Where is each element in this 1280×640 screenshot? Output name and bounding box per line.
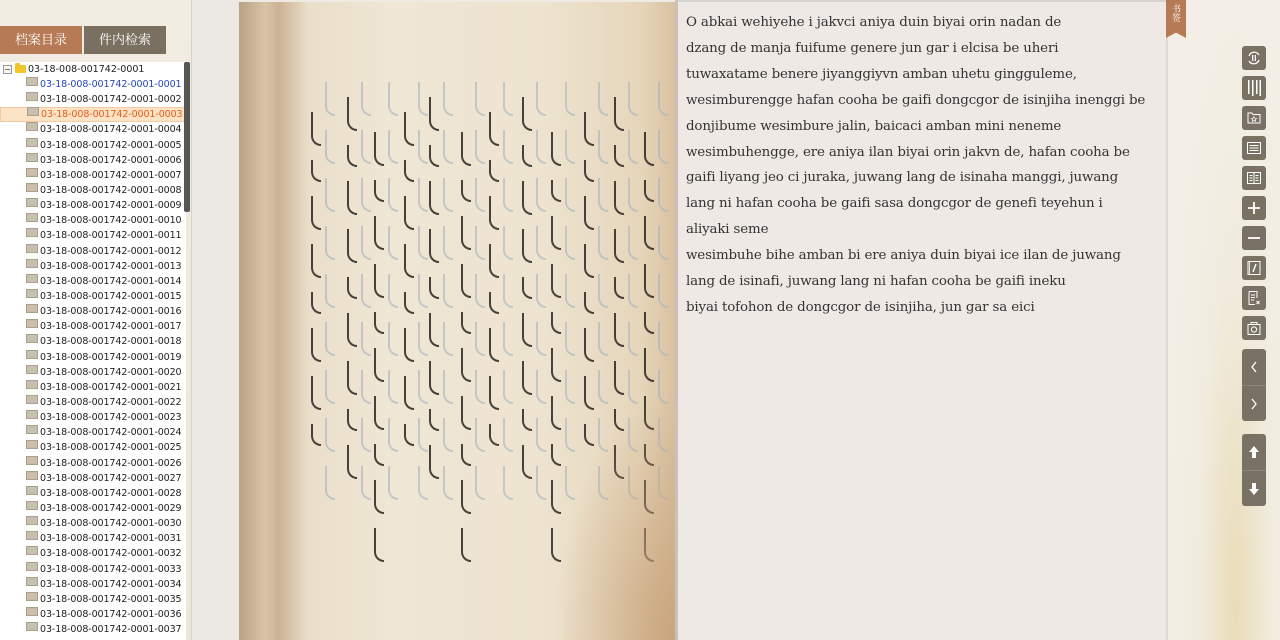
document-page-icon bbox=[26, 244, 38, 253]
bleed-through-glyph bbox=[565, 274, 575, 308]
bleed-through-glyph bbox=[628, 130, 638, 164]
bleed-through-glyph bbox=[418, 82, 428, 116]
script-glyph bbox=[614, 181, 624, 215]
bleed-through-glyph bbox=[658, 82, 668, 116]
document-page-icon bbox=[26, 562, 38, 571]
script-glyph bbox=[614, 313, 624, 347]
bleed-through-glyph bbox=[658, 274, 668, 308]
script-glyph bbox=[584, 376, 594, 410]
tree-item-label: 03-18-008-001742-0001-0015 bbox=[40, 291, 181, 302]
transcription-pane: O abkai wehiyehe i jakvci aniya duin biy… bbox=[678, 0, 1166, 640]
script-glyph bbox=[311, 244, 321, 278]
vertical-text-button[interactable] bbox=[1242, 76, 1266, 100]
manchu-script-column bbox=[522, 97, 536, 493]
tree-item[interactable]: 03-18-008-001742-0001-0029 bbox=[0, 501, 186, 516]
bleed-through-glyph bbox=[418, 274, 428, 308]
transcript-line: wesimbuhe bihe amban bi ere aniya duin b… bbox=[686, 243, 1158, 269]
tree-item-label: 03-18-008-001742-0001-0037 bbox=[40, 624, 181, 635]
chevron-left-icon bbox=[1249, 360, 1259, 374]
bleed-through-glyph bbox=[503, 370, 513, 404]
bookmark-tab[interactable]: 书签 bbox=[1166, 0, 1186, 38]
tree-item[interactable]: 03-18-008-001742-0001-0025 bbox=[0, 440, 186, 455]
folder-icon bbox=[15, 65, 26, 73]
bleed-through-glyph bbox=[565, 466, 575, 500]
script-glyph bbox=[429, 445, 439, 479]
script-glyph bbox=[489, 160, 499, 182]
document-page-icon bbox=[26, 183, 38, 192]
tree-item-label: 03-18-008-001742-0001-0005 bbox=[40, 140, 181, 151]
script-glyph bbox=[374, 132, 384, 166]
bleed-through-glyph bbox=[475, 130, 485, 164]
tree-item-label: 03-18-008-001742-0001-0011 bbox=[40, 230, 181, 241]
edit-note-button[interactable] bbox=[1242, 256, 1266, 280]
transcript-line: donjibume wesimbure jalin, baicaci amban… bbox=[686, 114, 1158, 140]
scanned-document-image[interactable] bbox=[239, 2, 675, 640]
script-glyph bbox=[522, 445, 532, 479]
bleed-through-glyph bbox=[443, 274, 453, 308]
bleed-through-glyph bbox=[325, 418, 335, 452]
document-page-icon bbox=[26, 425, 38, 434]
tree-item[interactable]: 03-18-008-001742-0001-0022 bbox=[0, 395, 186, 410]
tree-item[interactable]: 03-18-008-001742-0001-0033 bbox=[0, 562, 186, 577]
bleed-through-glyph bbox=[565, 322, 575, 356]
tree-item[interactable]: 03-18-008-001742-0001-0034 bbox=[0, 577, 186, 592]
script-glyph bbox=[584, 292, 594, 314]
script-glyph bbox=[374, 312, 384, 334]
script-glyph bbox=[522, 361, 532, 395]
tree-item[interactable]: 03-18-008-001742-0001-0032 bbox=[0, 546, 186, 561]
script-glyph bbox=[311, 376, 321, 410]
tree-item[interactable]: 03-18-008-001742-0001-0030 bbox=[0, 516, 186, 531]
tree-item[interactable]: 03-18-008-001742-0001-0007 bbox=[0, 168, 186, 183]
script-glyph bbox=[584, 160, 594, 182]
tree-scrollbar[interactable] bbox=[184, 62, 190, 212]
bleed-through-glyph bbox=[388, 130, 398, 164]
document-button[interactable] bbox=[1242, 286, 1266, 310]
document-page-icon bbox=[26, 471, 38, 480]
bleed-through-column bbox=[628, 82, 642, 514]
tree-item[interactable]: 03-18-008-001742-0001-0031 bbox=[0, 531, 186, 546]
tree-item[interactable]: 03-18-008-001742-0001-0028 bbox=[0, 486, 186, 501]
scroll-up-button[interactable] bbox=[1242, 434, 1266, 470]
bookmark-label: 书签 bbox=[1171, 4, 1181, 22]
manchu-script-column bbox=[461, 132, 475, 576]
script-glyph bbox=[584, 424, 594, 446]
bleed-through-glyph bbox=[475, 82, 485, 116]
bleed-through-glyph bbox=[658, 130, 668, 164]
bleed-through-glyph bbox=[503, 82, 513, 116]
chevron-right-icon bbox=[1249, 397, 1259, 411]
document-page-icon bbox=[26, 380, 38, 389]
favorite-folder-button[interactable] bbox=[1242, 106, 1266, 130]
bleed-through-column bbox=[325, 82, 339, 514]
script-glyph bbox=[461, 480, 471, 514]
bleed-through-glyph bbox=[361, 226, 371, 260]
transcript-line: lang ni hafan cooha be gaifi sasa dongcg… bbox=[686, 191, 1158, 217]
document-page-icon bbox=[26, 501, 38, 510]
document-page-icon bbox=[26, 213, 38, 222]
bleed-through-glyph bbox=[418, 418, 428, 452]
script-glyph bbox=[461, 216, 471, 250]
book-view-icon bbox=[1246, 171, 1262, 185]
script-glyph bbox=[489, 196, 499, 230]
bleed-through-glyph bbox=[443, 322, 453, 356]
script-glyph bbox=[461, 444, 471, 466]
script-glyph bbox=[522, 229, 532, 263]
bleed-through-glyph bbox=[628, 370, 638, 404]
rotate-icon bbox=[1246, 50, 1262, 66]
bleed-through-glyph bbox=[658, 322, 668, 356]
script-glyph bbox=[461, 312, 471, 334]
bleed-through-glyph bbox=[503, 130, 513, 164]
script-glyph bbox=[551, 264, 561, 298]
previous-page-button[interactable] bbox=[1242, 349, 1266, 385]
script-glyph bbox=[429, 409, 439, 431]
tree-item[interactable]: 03-18-008-001742-0001-0014 bbox=[0, 274, 186, 289]
tree-item[interactable]: 03-18-008-001742-0001-0035 bbox=[0, 592, 186, 607]
script-glyph bbox=[347, 445, 357, 479]
tree-item-label: 03-18-008-001742-0001-0036 bbox=[40, 609, 181, 620]
script-glyph bbox=[584, 196, 594, 230]
tree-item[interactable]: 03-18-008-001742-0001-0013 bbox=[0, 259, 186, 274]
document-page-icon bbox=[26, 395, 38, 404]
bleed-through-glyph bbox=[628, 466, 638, 500]
tree-item-label: 03-18-008-001742-0001-0032 bbox=[40, 548, 181, 559]
script-glyph bbox=[614, 361, 624, 395]
bleed-through-glyph bbox=[388, 274, 398, 308]
camera-icon bbox=[1246, 320, 1262, 336]
tree-item[interactable]: 03-18-008-001742-0001-0006 bbox=[0, 153, 186, 168]
script-glyph bbox=[429, 97, 439, 131]
tree-item-label: 03-18-008-001742-0001-0001 bbox=[40, 79, 181, 90]
script-glyph bbox=[404, 244, 414, 278]
bleed-through-glyph bbox=[503, 226, 513, 260]
tree-item[interactable]: 03-18-008-001742-0001-0002 bbox=[0, 92, 186, 107]
script-glyph bbox=[374, 480, 384, 514]
bleed-through-glyph bbox=[325, 178, 335, 212]
bleed-through-glyph bbox=[475, 226, 485, 260]
script-glyph bbox=[404, 292, 414, 314]
document-page-icon bbox=[26, 92, 38, 101]
next-page-button[interactable] bbox=[1242, 385, 1266, 421]
manchu-script-column bbox=[489, 112, 503, 460]
bleed-through-glyph bbox=[598, 130, 608, 164]
script-glyph bbox=[404, 196, 414, 230]
tree-item-label: 03-18-008-001742-0001-0004 bbox=[40, 124, 181, 135]
document-page-icon bbox=[26, 168, 38, 177]
script-glyph bbox=[584, 244, 594, 278]
document-page-icon bbox=[26, 456, 38, 465]
transcript-line: O abkai wehiyehe i jakvci aniya duin biy… bbox=[686, 10, 1158, 36]
script-glyph bbox=[429, 181, 439, 215]
bleed-through-glyph bbox=[565, 130, 575, 164]
bleed-through-glyph bbox=[325, 130, 335, 164]
script-glyph bbox=[489, 244, 499, 278]
tree-item-label: 03-18-008-001742-0001-0035 bbox=[40, 594, 181, 605]
tree-item[interactable]: 03-18-008-001742-0001-0019 bbox=[0, 350, 186, 365]
bleed-through-glyph bbox=[598, 274, 608, 308]
transcript-line: gaifi liyang jeo ci juraka, juwang lang … bbox=[686, 165, 1158, 191]
screenshot-button[interactable] bbox=[1242, 316, 1266, 340]
bleed-through-glyph bbox=[325, 82, 335, 116]
script-glyph bbox=[522, 97, 532, 131]
script-glyph bbox=[347, 229, 357, 263]
script-glyph bbox=[644, 132, 654, 166]
tree-item-label: 03-18-008-001742-0001-0034 bbox=[40, 579, 181, 590]
tree-item[interactable]: 03-18-008-001742-0001-0037 bbox=[0, 622, 186, 637]
tree-item[interactable]: 03-18-008-001742-0001-0027 bbox=[0, 471, 186, 486]
bleed-through-glyph bbox=[536, 130, 546, 164]
bleed-through-glyph bbox=[361, 466, 371, 500]
bleed-through-glyph bbox=[598, 466, 608, 500]
tree-root-label: 03-18-008-001742-0001 bbox=[28, 64, 144, 75]
tree-root-node[interactable]: − 03-18-008-001742-0001 bbox=[0, 62, 186, 77]
document-page-icon bbox=[26, 304, 38, 313]
document-page-icon bbox=[26, 77, 38, 86]
bleed-through-glyph bbox=[418, 130, 428, 164]
rotate-button[interactable] bbox=[1242, 46, 1266, 70]
tree-item-label: 03-18-008-001742-0001-0027 bbox=[40, 473, 181, 484]
manchu-script-column bbox=[311, 112, 325, 460]
script-glyph bbox=[461, 132, 471, 166]
bleed-through-glyph bbox=[388, 466, 398, 500]
bleed-through-glyph bbox=[658, 466, 668, 500]
bleed-through-glyph bbox=[361, 178, 371, 212]
zoom-in-button[interactable] bbox=[1242, 196, 1266, 220]
document-page-icon bbox=[26, 577, 38, 586]
script-glyph bbox=[489, 424, 499, 446]
bleed-through-glyph bbox=[598, 82, 608, 116]
bleed-through-glyph bbox=[475, 322, 485, 356]
script-glyph bbox=[551, 312, 561, 334]
script-glyph bbox=[404, 328, 414, 362]
script-glyph bbox=[374, 444, 384, 466]
bleed-through-glyph bbox=[536, 322, 546, 356]
tree-item[interactable]: 03-18-008-001742-0001-0012 bbox=[0, 244, 186, 259]
bleed-through-glyph bbox=[443, 130, 453, 164]
tree-item[interactable]: 03-18-008-001742-0001-0023 bbox=[0, 410, 186, 425]
manchu-script-column bbox=[429, 97, 443, 493]
script-glyph bbox=[614, 277, 624, 299]
document-page-icon bbox=[26, 138, 38, 147]
bleed-through-glyph bbox=[628, 226, 638, 260]
tree-item-label: 03-18-008-001742-0001-0031 bbox=[40, 533, 181, 544]
script-glyph bbox=[347, 409, 357, 431]
tree-item-label: 03-18-008-001742-0001-0010 bbox=[40, 215, 181, 226]
transcript-line: biyai tofohon de dongcgor de isinjiha, j… bbox=[686, 295, 1158, 321]
script-glyph bbox=[347, 277, 357, 299]
bleed-through-glyph bbox=[418, 178, 428, 212]
transcript-line: wesimbuhengge, ere aniya ilan biyai orin… bbox=[686, 140, 1158, 166]
transcript-line: aliyaki seme bbox=[686, 217, 1158, 243]
document-page-icon bbox=[26, 228, 38, 237]
bleed-through-glyph bbox=[475, 274, 485, 308]
bleed-through-glyph bbox=[361, 274, 371, 308]
tree-item[interactable]: 03-18-008-001742-0001-0036 bbox=[0, 607, 186, 622]
script-glyph bbox=[551, 396, 561, 430]
tree-item[interactable]: 03-18-008-001742-0001-0005 bbox=[0, 138, 186, 153]
script-glyph bbox=[311, 292, 321, 314]
bleed-through-glyph bbox=[565, 418, 575, 452]
bleed-through-glyph bbox=[565, 226, 575, 260]
tree-item-label: 03-18-008-001742-0001-0007 bbox=[40, 170, 181, 181]
tree-item-label: 03-18-008-001742-0001-0017 bbox=[40, 321, 181, 332]
transcript-line: tuwaxatame benere jiyanggiyvn amban uhet… bbox=[686, 62, 1158, 88]
document-page-icon bbox=[26, 334, 38, 343]
script-glyph bbox=[644, 312, 654, 334]
tree-item[interactable]: 03-18-008-001742-0001-0001 bbox=[0, 77, 186, 92]
tree-item-label: 03-18-008-001742-0001-0009 bbox=[40, 200, 181, 211]
tree-item[interactable]: 03-18-008-001742-0001-0008 bbox=[0, 183, 186, 198]
script-glyph bbox=[644, 180, 654, 202]
bleed-through-glyph bbox=[475, 370, 485, 404]
script-glyph bbox=[347, 313, 357, 347]
book-view-button[interactable] bbox=[1242, 166, 1266, 190]
tree-item-label: 03-18-008-001742-0001-0020 bbox=[40, 367, 181, 378]
list-view-button[interactable] bbox=[1242, 136, 1266, 160]
bleed-through-column bbox=[443, 82, 457, 514]
tree-item-label: 03-18-008-001742-0001-0024 bbox=[40, 427, 181, 438]
bleed-through-glyph bbox=[658, 226, 668, 260]
script-glyph bbox=[461, 528, 471, 562]
bleed-through-glyph bbox=[475, 178, 485, 212]
script-glyph bbox=[614, 409, 624, 431]
bleed-through-glyph bbox=[325, 370, 335, 404]
script-glyph bbox=[522, 145, 532, 167]
bleed-through-glyph bbox=[418, 322, 428, 356]
tree-item-label: 03-18-008-001742-0001-0021 bbox=[40, 382, 181, 393]
left-panel: 档案目录 件内检索 − 03-18-008-001742-0001 03-18-… bbox=[0, 0, 192, 640]
bleed-through-glyph bbox=[536, 370, 546, 404]
document-page-icon bbox=[26, 440, 38, 449]
tree-item[interactable]: 03-18-008-001742-0001-0016 bbox=[0, 304, 186, 319]
bleed-through-glyph bbox=[565, 370, 575, 404]
tree-items: 03-18-008-001742-0001-000103-18-008-0017… bbox=[0, 77, 186, 637]
tree-item-label: 03-18-008-001742-0001-0029 bbox=[40, 503, 181, 514]
script-glyph bbox=[614, 229, 624, 263]
script-glyph bbox=[644, 264, 654, 298]
script-glyph bbox=[461, 348, 471, 382]
bleed-through-column bbox=[361, 82, 375, 514]
tree-item-label: 03-18-008-001742-0001-0030 bbox=[40, 518, 181, 529]
bleed-through-glyph bbox=[418, 370, 428, 404]
manchu-script-column bbox=[551, 132, 565, 576]
bleed-through-glyph bbox=[503, 274, 513, 308]
script-glyph bbox=[311, 424, 321, 446]
script-glyph bbox=[374, 216, 384, 250]
zoom-out-button[interactable] bbox=[1242, 226, 1266, 250]
bleed-through-glyph bbox=[443, 370, 453, 404]
transcript-line: wesimburengge hafan cooha be gaifi dongc… bbox=[686, 88, 1158, 114]
bleed-through-glyph bbox=[388, 418, 398, 452]
tree-item[interactable]: 03-18-008-001742-0001-0009 bbox=[0, 198, 186, 213]
document-page-icon bbox=[27, 107, 39, 116]
manchu-script-column bbox=[404, 112, 418, 460]
script-glyph bbox=[522, 409, 532, 431]
script-glyph bbox=[461, 180, 471, 202]
script-glyph bbox=[374, 528, 384, 562]
document-page-icon bbox=[26, 546, 38, 555]
script-glyph bbox=[614, 145, 624, 167]
tree-item[interactable]: 03-18-008-001742-0001-0026 bbox=[0, 456, 186, 471]
arrow-down-icon bbox=[1248, 482, 1260, 496]
tree-item[interactable]: 03-18-008-001742-0001-0024 bbox=[0, 425, 186, 440]
script-glyph bbox=[429, 229, 439, 263]
bleed-through-glyph bbox=[628, 274, 638, 308]
tree-item[interactable]: 03-18-008-001742-0001-0017 bbox=[0, 319, 186, 334]
document-page-icon bbox=[26, 350, 38, 359]
tree-item[interactable]: 03-18-008-001742-0001-0018 bbox=[0, 334, 186, 349]
script-glyph bbox=[374, 180, 384, 202]
tree-item-label: 03-18-008-001742-0001-0008 bbox=[40, 185, 181, 196]
bleed-through-glyph bbox=[598, 226, 608, 260]
tree-item[interactable]: 03-18-008-001742-0001-0015 bbox=[0, 289, 186, 304]
tree-item-label: 03-18-008-001742-0001-0028 bbox=[40, 488, 181, 499]
script-glyph bbox=[644, 396, 654, 430]
bleed-through-glyph bbox=[388, 370, 398, 404]
document-page-icon bbox=[26, 198, 38, 207]
bleed-through-glyph bbox=[536, 274, 546, 308]
script-glyph bbox=[404, 376, 414, 410]
tree-item[interactable]: 03-18-008-001742-0001-0010 bbox=[0, 213, 186, 228]
script-glyph bbox=[614, 445, 624, 479]
bleed-through-glyph bbox=[565, 82, 575, 116]
manchu-script-column bbox=[644, 132, 658, 576]
tree-item[interactable]: 03-18-008-001742-0001-0020 bbox=[0, 365, 186, 380]
viewer-margin bbox=[192, 0, 239, 640]
zoom-out-icon bbox=[1247, 231, 1261, 245]
bleed-through-column bbox=[565, 82, 579, 514]
bleed-through-glyph bbox=[503, 418, 513, 452]
tree-item-label: 03-18-008-001742-0001-0003 bbox=[41, 109, 182, 120]
tab-in-document-search[interactable]: 件内检索 bbox=[84, 26, 166, 54]
script-glyph bbox=[551, 528, 561, 562]
script-glyph bbox=[429, 145, 439, 167]
tree-item-label: 03-18-008-001742-0001-0014 bbox=[40, 276, 181, 287]
bleed-through-glyph bbox=[658, 178, 668, 212]
script-glyph bbox=[551, 180, 561, 202]
bleed-through-glyph bbox=[443, 82, 453, 116]
document-delete-icon bbox=[1246, 290, 1262, 306]
transcript-line: lang de isinafi, juwang lang ni hafan co… bbox=[686, 269, 1158, 295]
bleed-through-column bbox=[388, 82, 402, 514]
script-glyph bbox=[347, 361, 357, 395]
tree-item[interactable]: 03-18-008-001742-0001-0004 bbox=[0, 122, 186, 137]
script-glyph bbox=[522, 277, 532, 299]
collapse-icon[interactable]: − bbox=[3, 65, 12, 74]
script-glyph bbox=[429, 361, 439, 395]
document-page-icon bbox=[26, 592, 38, 601]
bleed-through-glyph bbox=[503, 322, 513, 356]
bleed-through-glyph bbox=[361, 322, 371, 356]
tab-archive-catalog[interactable]: 档案目录 bbox=[0, 26, 82, 54]
bleed-through-glyph bbox=[628, 178, 638, 212]
bleed-through-glyph bbox=[628, 418, 638, 452]
bleed-through-glyph bbox=[361, 82, 371, 116]
tree-item-label: 03-18-008-001742-0001-0026 bbox=[40, 458, 181, 469]
bleed-through-glyph bbox=[598, 370, 608, 404]
document-page-icon bbox=[26, 607, 38, 616]
bleed-through-glyph bbox=[536, 466, 546, 500]
panel-tabs: 档案目录 件内检索 bbox=[0, 26, 168, 54]
tree-item[interactable]: 03-18-008-001742-0001-0021 bbox=[0, 380, 186, 395]
scroll-down-button[interactable] bbox=[1242, 470, 1266, 506]
zoom-in-icon bbox=[1247, 201, 1261, 215]
bleed-through-glyph bbox=[325, 322, 335, 356]
tree-item[interactable]: 03-18-008-001742-0001-0011 bbox=[0, 228, 186, 243]
tree-item-label: 03-18-008-001742-0001-0013 bbox=[40, 261, 181, 272]
tree-item[interactable]: 03-18-008-001742-0001-0003 bbox=[0, 107, 186, 122]
